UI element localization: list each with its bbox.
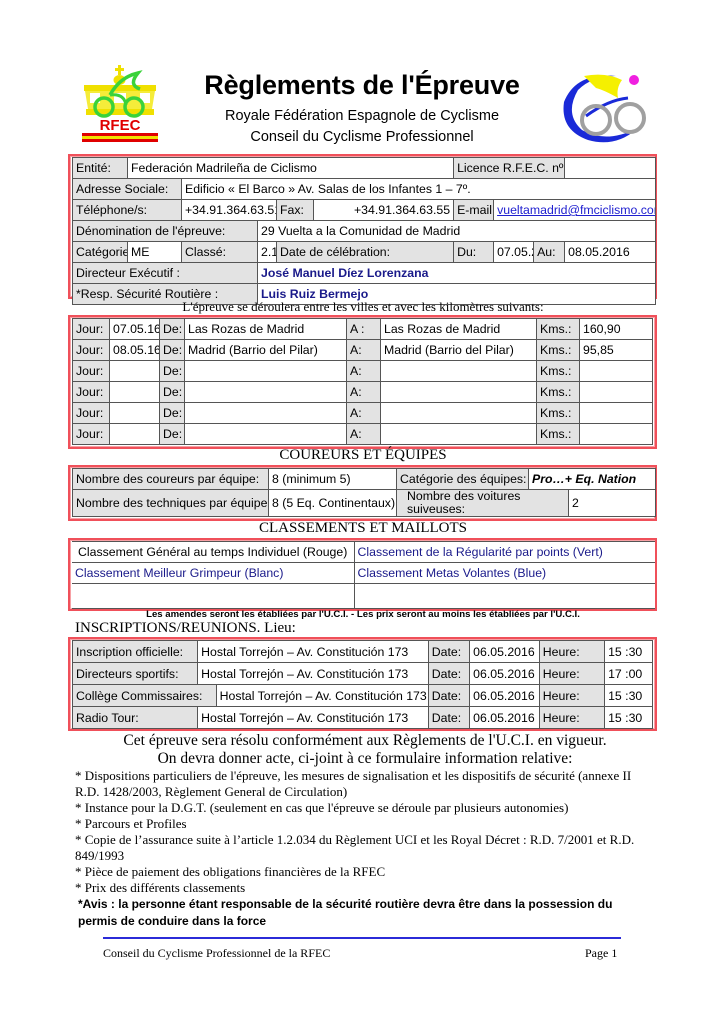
- category-value: ME: [128, 242, 182, 263]
- footer-organization: Conseil du Cyclisme Professionnel de la …: [103, 946, 330, 961]
- race-name-label: Dénomination de l'épreuve:: [73, 221, 258, 242]
- stage-kms-label: Kms.:: [537, 319, 580, 340]
- classification-sprints: Classement Metas Volantes (Blue): [354, 563, 655, 584]
- stage-to-value: [381, 361, 537, 382]
- meeting-time-label: Heure:: [539, 641, 604, 663]
- stage-to-label: A:: [347, 340, 381, 361]
- meeting-type-label: Collège Commissaires:: [73, 685, 217, 707]
- cyclist-icon: [556, 68, 650, 148]
- stage-day-label: Jour:: [73, 403, 110, 424]
- requirement-item: * Instance pour la D.G.T. (seulement en …: [75, 800, 655, 816]
- rfec-crown-cyclist-icon: RFEC: [80, 65, 160, 143]
- classification-general: Classement Général au temps Individuel (…: [72, 542, 354, 563]
- riders-value: 8 (minimum 5): [269, 469, 397, 490]
- fax-value: +34.91.364.63.55: [314, 200, 454, 221]
- stage-day-label: Jour:: [73, 340, 110, 361]
- classification-climber: Classement Meilleur Grimpeur (Blanc): [72, 563, 354, 584]
- stage-kms-label: Kms.:: [537, 361, 580, 382]
- phone-value: +34.91.364.63.51: [182, 200, 277, 221]
- meeting-row: Directeurs sportifs:Hostal Torrejón – Av…: [73, 663, 653, 685]
- stage-kms-label: Kms.:: [537, 340, 580, 361]
- rfec-logo: RFEC: [80, 65, 160, 143]
- meeting-date-value: 06.05.2016: [470, 707, 540, 729]
- requirement-item: * Pièce de paiement des obligations fina…: [75, 864, 655, 880]
- entity-label: Entité:: [73, 158, 128, 179]
- stage-to-value: [381, 424, 537, 445]
- meeting-row: Collège Commissaires:Hostal Torrejón – A…: [73, 685, 653, 707]
- safety-notice: *Avis : la personne étant responsable de…: [75, 896, 655, 930]
- meeting-row: Inscription officielle:Hostal Torrejón –…: [73, 641, 653, 663]
- classifications-table: Classement Général au temps Individuel (…: [68, 538, 657, 611]
- team-category-value: Pro…+ Eq. Nation: [529, 469, 656, 490]
- meeting-place-value: Hostal Torrejón – Av. Constitución 173: [216, 685, 428, 707]
- requirements-line2: On devra donner acte, ci-joint à ce form…: [75, 750, 655, 768]
- stage-day-label: Jour:: [73, 382, 110, 403]
- address-label: Adresse Sociale:: [73, 179, 182, 200]
- meeting-date-label: Date:: [428, 685, 469, 707]
- requirement-item: * Parcours et Profiles: [75, 816, 655, 832]
- stage-to-label: A:: [347, 361, 381, 382]
- requirements-list: * Dispositions particuliers de l'épreuve…: [75, 768, 655, 896]
- stage-kms-label: Kms.:: [537, 382, 580, 403]
- licence-value: [565, 158, 656, 179]
- cars-value: 2: [569, 490, 656, 517]
- stage-kms-value: 95,85: [580, 340, 653, 361]
- classification-empty-2: [354, 584, 655, 609]
- stage-day-value: 07.05.16: [110, 319, 160, 340]
- meeting-place-value: Hostal Torrejón – Av. Constitución 173: [198, 707, 429, 729]
- entity-value: Federación Madrileña de Ciclismo: [128, 158, 454, 179]
- svg-text:RFEC: RFEC: [100, 117, 141, 134]
- phone-label: Téléphone/s:: [73, 200, 182, 221]
- stage-day-label: Jour:: [73, 361, 110, 382]
- from-label: Du:: [454, 242, 494, 263]
- meeting-date-value: 06.05.2016: [470, 663, 540, 685]
- stage-day-value: [110, 361, 160, 382]
- stage-to-value: Las Rozas de Madrid: [381, 319, 537, 340]
- meeting-time-label: Heure:: [539, 663, 604, 685]
- requirements-section: Cet épreuve sera résolu conformément aux…: [75, 732, 655, 930]
- stage-row: Jour:08.05.16De:Madrid (Barrio del Pilar…: [73, 340, 653, 361]
- meeting-time-value: 15 :30: [605, 707, 653, 729]
- stage-day-value: [110, 424, 160, 445]
- email-link[interactable]: vueltamadrid@fmciclismo.com: [494, 200, 656, 221]
- meetings-table: Inscription officielle:Hostal Torrejón –…: [68, 637, 657, 731]
- page-title: Règlements de l'Épreuve: [160, 70, 564, 101]
- stage-from-value: Las Rozas de Madrid: [185, 319, 347, 340]
- stage-from-value: [185, 382, 347, 403]
- meeting-date-label: Date:: [428, 663, 469, 685]
- meetings-heading: INSCRIPTIONS/REUNIONS. Lieu:: [75, 620, 296, 637]
- to-label: Au:: [534, 242, 565, 263]
- race-name-value: 29 Vuelta a la Comunidad de Madrid: [258, 221, 656, 242]
- stage-row: Jour:De:A:Kms.:: [73, 382, 653, 403]
- stage-from-value: Madrid (Barrio del Pilar): [185, 340, 347, 361]
- classification-points: Classement de la Régularité par points (…: [354, 542, 655, 563]
- meeting-date-value: 06.05.2016: [470, 641, 540, 663]
- stage-from-label: De:: [160, 340, 185, 361]
- stage-kms-label: Kms.:: [537, 424, 580, 445]
- stage-row: Jour:De:A:Kms.:: [73, 403, 653, 424]
- email-value[interactable]: vueltamadrid@fmciclismo.com: [497, 203, 656, 217]
- meeting-type-label: Inscription officielle:: [73, 641, 198, 663]
- stage-from-label: De:: [160, 382, 185, 403]
- to-value: 08.05.2016: [565, 242, 656, 263]
- stage-to-value: [381, 382, 537, 403]
- stage-from-value: [185, 361, 347, 382]
- technicians-value: 8 (5 Eq. Continentaux): [269, 490, 397, 517]
- stage-from-value: [185, 424, 347, 445]
- meeting-date-value: 06.05.2016: [470, 685, 540, 707]
- meeting-time-value: 15 :30: [605, 641, 653, 663]
- page-number: Page 1: [585, 946, 617, 961]
- stage-from-label: De:: [160, 403, 185, 424]
- meeting-time-label: Heure:: [539, 685, 604, 707]
- requirement-item: * Copie de l’assurance suite à l’article…: [75, 832, 655, 864]
- category-label: Catégorie:: [73, 242, 128, 263]
- stage-kms-value: [580, 361, 653, 382]
- council-name: Conseil du Cyclisme Professionnel: [160, 129, 564, 145]
- stage-from-label: De:: [160, 319, 185, 340]
- stage-kms-value: [580, 424, 653, 445]
- stage-row: Jour:De:A:Kms.:: [73, 361, 653, 382]
- meeting-type-label: Directeurs sportifs:: [73, 663, 198, 685]
- stages-table: Jour:07.05.16De:Las Rozas de MadridA :La…: [68, 315, 657, 449]
- meeting-time-value: 17 :00: [605, 663, 653, 685]
- stage-to-value: [381, 403, 537, 424]
- stage-day-label: Jour:: [73, 424, 110, 445]
- meeting-date-label: Date:: [428, 641, 469, 663]
- team-category-label: Catégorie des équipes:: [397, 469, 529, 490]
- fax-label: Fax:: [277, 200, 314, 221]
- stage-day-label: Jour:: [73, 319, 110, 340]
- stage-row: Jour:07.05.16De:Las Rozas de MadridA :La…: [73, 319, 653, 340]
- meeting-date-label: Date:: [428, 707, 469, 729]
- stage-to-label: A:: [347, 403, 381, 424]
- meeting-time-value: 15 :30: [605, 685, 653, 707]
- stage-day-value: [110, 403, 160, 424]
- meeting-time-label: Heure:: [539, 707, 604, 729]
- teams-heading: COUREURS ET ÉQUIPES: [68, 447, 658, 464]
- organizer-info-table: Entité: Federación Madrileña de Ciclismo…: [68, 154, 657, 299]
- stage-kms-label: Kms.:: [537, 403, 580, 424]
- teams-table: Nombre des coureurs par équipe: 8 (minim…: [68, 465, 657, 521]
- class-label: Classé:: [182, 242, 258, 263]
- requirements-line1: Cet épreuve sera résolu conformément aux…: [75, 732, 655, 750]
- address-value: Edificio « El Barco » Av. Salas de los I…: [182, 179, 656, 200]
- stage-kms-value: [580, 382, 653, 403]
- stage-kms-value: 160,90: [580, 319, 653, 340]
- stage-to-label: A:: [347, 382, 381, 403]
- director-value: José Manuel Díez Lorenzana: [258, 263, 656, 284]
- fines-prizes-note: Les amendes seront les établiées par l'U…: [68, 609, 658, 620]
- meeting-place-value: Hostal Torrejón – Av. Constitución 173: [198, 663, 429, 685]
- meeting-place-value: Hostal Torrejón – Av. Constitución 173: [198, 641, 429, 663]
- requirement-item: * Dispositions particuliers de l'épreuve…: [75, 768, 655, 800]
- email-label: E-mail:: [454, 200, 494, 221]
- class-value: 2.1: [258, 242, 277, 263]
- footer-divider: [103, 937, 621, 939]
- meeting-row: Radio Tour:Hostal Torrejón – Av. Constit…: [73, 707, 653, 729]
- stage-day-value: [110, 382, 160, 403]
- stage-to-label: A:: [347, 424, 381, 445]
- requirement-item: * Prix des différents classements: [75, 880, 655, 896]
- from-value: 07.05.2016: [494, 242, 534, 263]
- technicians-label: Nombre des techniques par équipe:: [73, 490, 269, 517]
- cars-label: Nombre des voitures suiveuses:: [397, 490, 569, 517]
- stage-day-value: 08.05.16: [110, 340, 160, 361]
- stage-from-value: [185, 403, 347, 424]
- federation-name: Royale Fédération Espagnole de Cyclisme: [160, 108, 564, 124]
- stage-row: Jour:De:A:Kms.:: [73, 424, 653, 445]
- date-label: Date de célébration:: [277, 242, 454, 263]
- stage-from-label: De:: [160, 424, 185, 445]
- stage-from-label: De:: [160, 361, 185, 382]
- meeting-type-label: Radio Tour:: [73, 707, 198, 729]
- stage-to-label: A :: [347, 319, 381, 340]
- licence-label: Licence R.F.E.C. nº:: [454, 158, 565, 179]
- director-label: Directeur Exécutif :: [73, 263, 258, 284]
- riders-label: Nombre des coureurs par équipe:: [73, 469, 269, 490]
- classification-empty-1: [72, 584, 354, 609]
- stage-kms-value: [580, 403, 653, 424]
- stages-heading: L'épreuve se déroulera entre les villes …: [68, 299, 658, 315]
- classifications-heading: CLASSEMENTS ET MAILLOTS: [68, 520, 658, 537]
- stage-to-value: Madrid (Barrio del Pilar): [381, 340, 537, 361]
- cycling-logo: [556, 68, 650, 148]
